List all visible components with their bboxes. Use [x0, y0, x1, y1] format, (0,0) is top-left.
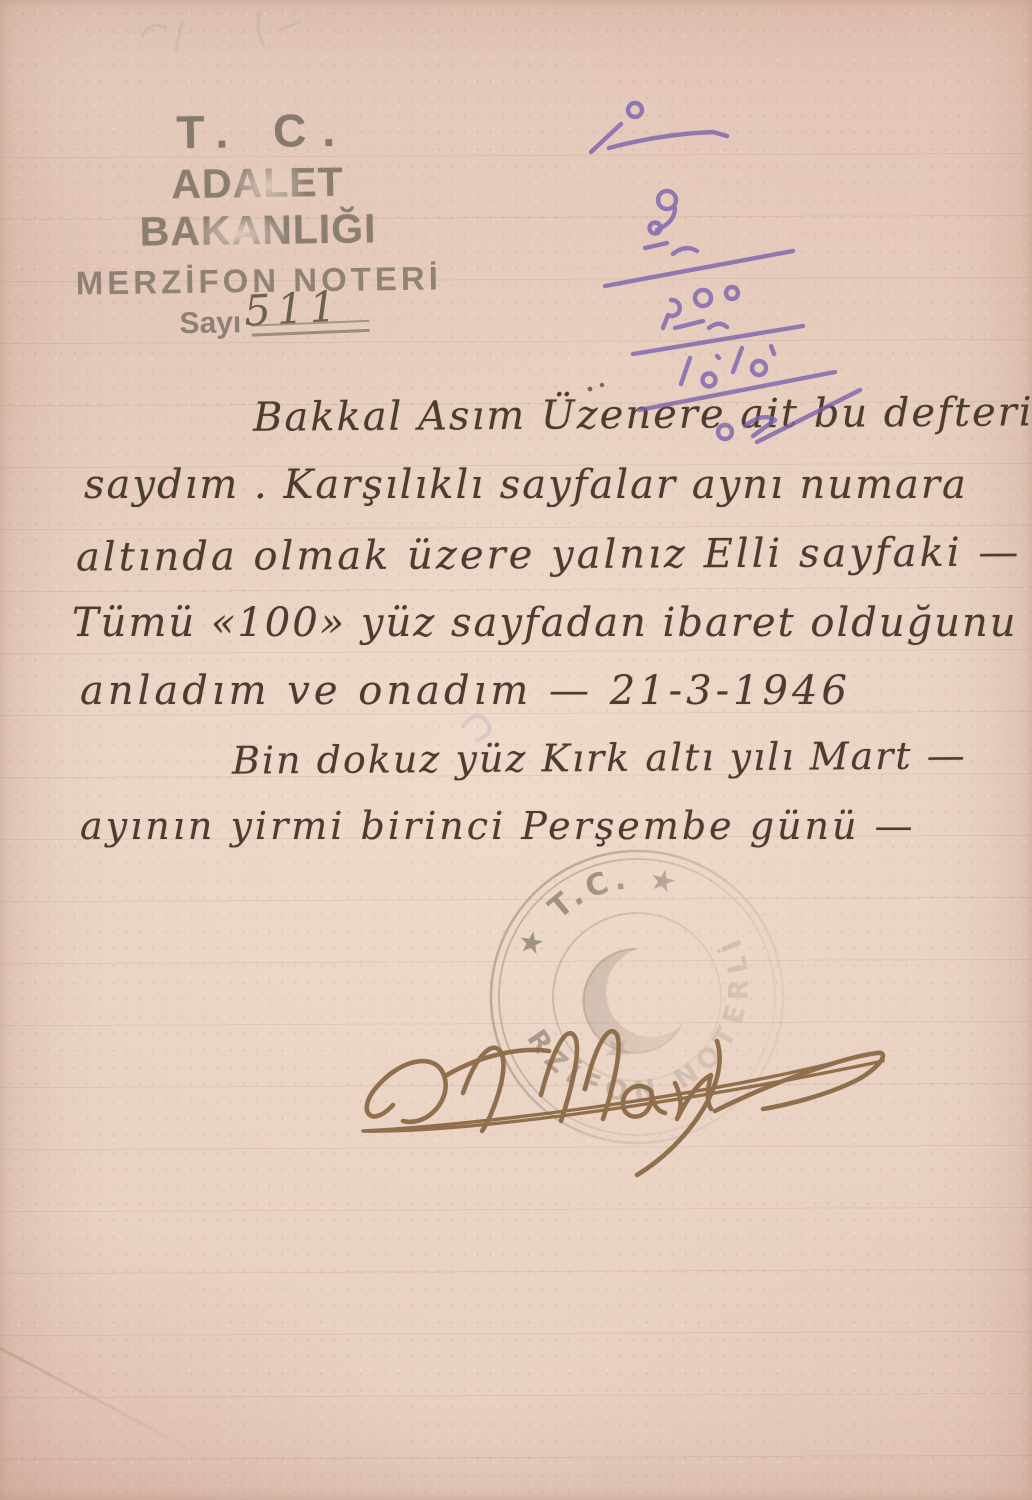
paper-crease — [0, 1339, 215, 1464]
scanned-document-page: T. C. ADALET BAKANLIĞI MERZİFON NOTERİ S… — [0, 0, 1032, 1500]
sum-line — [605, 251, 793, 286]
sum-line — [639, 372, 835, 410]
number-label: Sayı — [179, 306, 241, 341]
handwritten-line: Tümü «100» yüz sayfadan ibaret olduğunu — [72, 600, 1018, 646]
ministry-name: ADALET BAKANLIĞI — [61, 157, 454, 256]
signature — [335, 995, 900, 1190]
faint-pencil-mark — [455, 700, 515, 745]
handwritten-line: saydım . Karşılıklı sayfalar aynı numara — [84, 462, 968, 508]
sum-line — [633, 326, 803, 354]
faint-pencil-marks — [120, 0, 340, 80]
handwritten-line: Bin dokuz yüz Kırk altı yılı Mart — — [232, 733, 967, 782]
violet-calculation-note — [575, 88, 925, 458]
country-abbreviation: T. C. — [60, 101, 453, 160]
handwritten-line: altında olmak üzere yalnız Elli sayfaki … — [76, 530, 1022, 581]
document-number: 511 — [243, 281, 344, 335]
